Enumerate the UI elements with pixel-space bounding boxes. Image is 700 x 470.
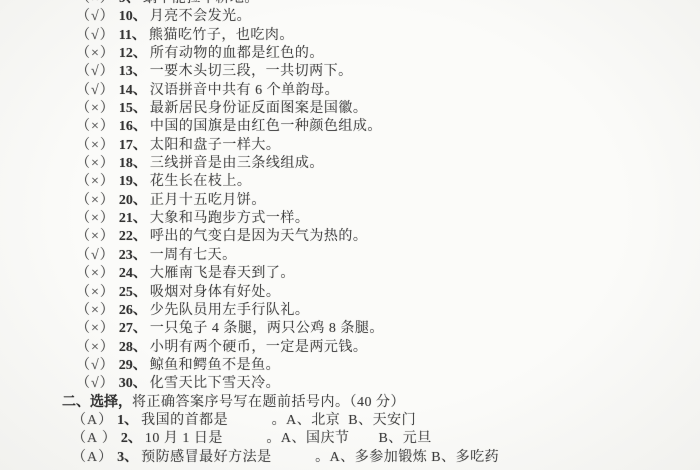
answer-mark: （×） bbox=[76, 303, 115, 318]
answer-mark: （×） bbox=[76, 340, 115, 355]
judge-item: （√）29、鲸鱼和鳄鱼不是鱼。 bbox=[0, 357, 700, 375]
judge-item: （×）26、少先队员用左手行队礼。 bbox=[0, 302, 700, 320]
question-text: 一只兔子 4 条腿，两只公鸡 8 条腿。 bbox=[150, 321, 384, 336]
judge-item: （×）15、最新居民身份证反面图案是国徽。 bbox=[0, 100, 700, 118]
judge-item: （×）28、小明有两个硬币，一定是两元钱。 bbox=[0, 339, 700, 357]
question-text: 大象和马跑步方式一样。 bbox=[150, 211, 310, 226]
answer-mark: （A） bbox=[72, 450, 113, 465]
answer-mark: （×） bbox=[76, 0, 115, 6]
judge-item: （×）27、一只兔子 4 条腿，两只公鸡 8 条腿。 bbox=[0, 320, 700, 338]
question-text: 小明有两个硬币，一定是两元钱。 bbox=[150, 340, 368, 355]
answer-mark: （×） bbox=[76, 211, 115, 226]
question-number: 15、 bbox=[119, 101, 147, 116]
question-text: 大雁南飞是春天到了。 bbox=[150, 266, 295, 281]
section-instructions: 将正确答案序号写在题前括号内。（40 分） bbox=[132, 395, 405, 410]
question-text: 鲸鱼和鳄鱼不是鱼。 bbox=[150, 358, 281, 373]
answer-mark: （×） bbox=[76, 138, 115, 153]
question-text: 三线拼音是由三条线组成。 bbox=[150, 156, 324, 171]
judge-item: （×）19、花生长在枝上。 bbox=[0, 173, 700, 191]
question-number: 2、 bbox=[121, 431, 142, 446]
question-number: 9、 bbox=[119, 0, 140, 6]
question-number: 22、 bbox=[119, 229, 147, 244]
answer-mark: （×） bbox=[76, 119, 115, 134]
answer-mark: （×） bbox=[76, 321, 115, 336]
answer-mark: （A ） bbox=[72, 431, 117, 446]
question-number: 10、 bbox=[119, 9, 147, 24]
question-text: 汉语拼音中共有 6 个单韵母。 bbox=[150, 83, 340, 98]
question-text: 吸烟对身体有好处。 bbox=[150, 285, 281, 300]
choice-item: （A ）2、10 月 1 日是 。A、国庆节 B、元旦 bbox=[0, 430, 700, 448]
answer-mark: （√） bbox=[76, 9, 115, 24]
answer-mark: （×） bbox=[76, 101, 115, 116]
question-number: 14、 bbox=[119, 83, 147, 98]
question-number: 24、 bbox=[119, 266, 147, 281]
judge-item: （×）16、中国的国旗是由红色一种颜色组成。 bbox=[0, 118, 700, 136]
question-text: 太阳和盘子一样大。 bbox=[150, 138, 281, 153]
answer-mark: （×） bbox=[76, 285, 115, 300]
answer-mark: （×） bbox=[76, 266, 115, 281]
question-text: 化雪天比下雪天冷。 bbox=[150, 376, 281, 391]
question-text: 中国的国旗是由红色一种颜色组成。 bbox=[150, 119, 382, 134]
answer-options: 。A、北京 B、天安门 bbox=[228, 413, 416, 428]
section-2-header: 二、选择，将正确答案序号写在题前括号内。（40 分） bbox=[0, 394, 700, 412]
answer-mark: （A） bbox=[72, 413, 113, 428]
question-number: 3、 bbox=[117, 450, 138, 465]
question-number: 18、 bbox=[119, 156, 147, 171]
question-text: 一周有七天。 bbox=[150, 248, 237, 263]
question-text: 所有动物的血都是红色的。 bbox=[150, 46, 324, 61]
answer-mark: （×） bbox=[76, 193, 115, 208]
question-number: 12、 bbox=[119, 46, 147, 61]
question-number: 19、 bbox=[119, 174, 147, 189]
answer-options: 。A、多参加锻炼 B、多吃药 bbox=[272, 450, 499, 465]
question-text: 花生长在枝上。 bbox=[150, 174, 252, 189]
answer-mark: （√） bbox=[76, 248, 115, 263]
question-stem: 10 月 1 日是 bbox=[145, 431, 223, 446]
judge-item: （×）24、大雁南飞是春天到了。 bbox=[0, 265, 700, 283]
answer-mark: （×） bbox=[76, 156, 115, 171]
judge-item: （×）25、吸烟对身体有好处。 bbox=[0, 284, 700, 302]
answer-mark: （×） bbox=[76, 46, 115, 61]
choice-item: （A）1、我国的首都是 。A、北京 B、天安门 bbox=[0, 412, 700, 430]
answer-mark: （√） bbox=[76, 376, 115, 391]
question-number: 17、 bbox=[119, 138, 147, 153]
question-text: 熊猫吃竹子，也吃肉。 bbox=[149, 28, 294, 43]
choice-item: （A）3、预防感冒最好方法是 。A、多参加锻炼 B、多吃药 bbox=[0, 449, 700, 467]
question-text: 月亮不会发光。 bbox=[150, 9, 252, 24]
question-number: 30、 bbox=[119, 376, 147, 391]
question-number: 13、 bbox=[119, 64, 147, 79]
question-number: 26、 bbox=[119, 303, 147, 318]
judge-item: （×）20、正月十五吃月饼。 bbox=[0, 192, 700, 210]
question-text: 正月十五吃月饼。 bbox=[150, 193, 266, 208]
judge-item: （√）30、化雪天比下雪天冷。 bbox=[0, 375, 700, 393]
question-text: 最新居民身份证反面图案是国徽。 bbox=[150, 101, 368, 116]
judge-item: （√）23、一周有七天。 bbox=[0, 247, 700, 265]
question-number: 16、 bbox=[119, 119, 147, 134]
scanned-exam-page: （×）9、蜗牛能拉车耕地。 （√）10、月亮不会发光。 （√）11、熊猫吃竹子，… bbox=[0, 0, 700, 467]
question-number: 11、 bbox=[119, 28, 146, 43]
question-number: 23、 bbox=[119, 248, 147, 263]
question-stem: 我国的首都是 bbox=[141, 413, 228, 428]
judge-item: （×）18、三线拼音是由三条线组成。 bbox=[0, 155, 700, 173]
question-number: 21、 bbox=[119, 211, 147, 226]
answer-mark: （×） bbox=[76, 174, 115, 189]
answer-mark: （√） bbox=[76, 83, 115, 98]
judge-item: （×）21、大象和马跑步方式一样。 bbox=[0, 210, 700, 228]
judge-item: （√）13、一要木头切三段，一共切两下。 bbox=[0, 63, 700, 81]
question-number: 28、 bbox=[119, 340, 147, 355]
answer-options: 。A、国庆节 B、元旦 bbox=[223, 431, 432, 446]
question-number: 25、 bbox=[119, 285, 147, 300]
question-stem: 预防感冒最好方法是 bbox=[141, 450, 272, 465]
judge-item: （√）11、熊猫吃竹子，也吃肉。 bbox=[0, 27, 700, 45]
judge-item: （√）10、月亮不会发光。 bbox=[0, 8, 700, 26]
answer-mark: （√） bbox=[76, 64, 115, 79]
judge-item: （×）12、所有动物的血都是红色的。 bbox=[0, 45, 700, 63]
question-number: 20、 bbox=[119, 193, 147, 208]
question-number: 1、 bbox=[117, 413, 138, 428]
judge-item: （×）17、太阳和盘子一样大。 bbox=[0, 137, 700, 155]
answer-mark: （√） bbox=[76, 358, 115, 373]
judge-item: （√）14、汉语拼音中共有 6 个单韵母。 bbox=[0, 82, 700, 100]
section-title: 二、选择， bbox=[62, 395, 132, 410]
question-text: 少先队员用左手行队礼。 bbox=[150, 303, 310, 318]
answer-mark: （×） bbox=[76, 229, 115, 244]
question-number: 29、 bbox=[119, 358, 147, 373]
question-text: 蜗牛能拉车耕地。 bbox=[143, 0, 259, 6]
question-number: 27、 bbox=[119, 321, 147, 336]
judge-item: （×）9、蜗牛能拉车耕地。 bbox=[0, 0, 700, 8]
question-text: 呼出的气变白是因为天气为热的。 bbox=[150, 229, 368, 244]
judge-item: （×）22、呼出的气变白是因为天气为热的。 bbox=[0, 228, 700, 246]
question-text: 一要木头切三段，一共切两下。 bbox=[150, 64, 353, 79]
answer-mark: （√） bbox=[76, 28, 115, 43]
